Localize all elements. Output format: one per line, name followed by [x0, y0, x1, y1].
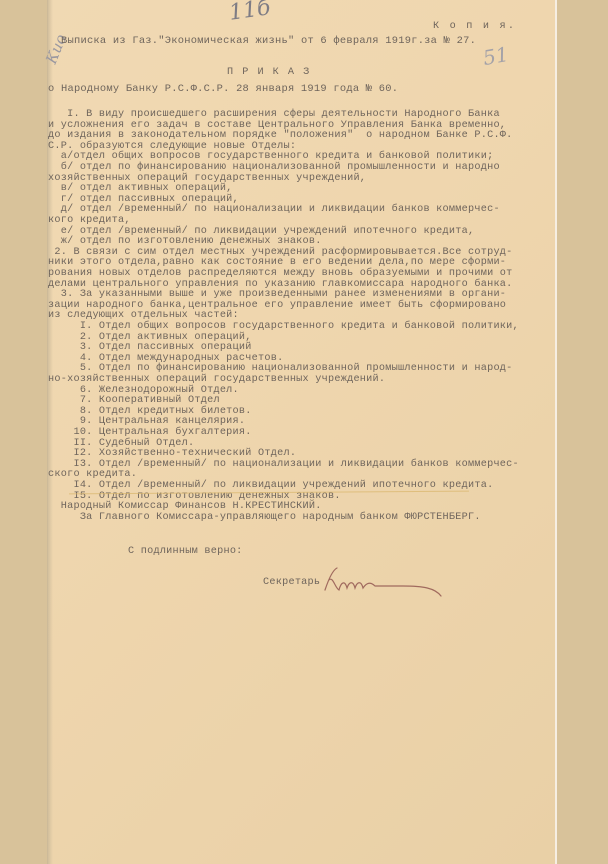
copy-label: К о п и я.	[433, 22, 516, 33]
body-line: 10. Центральная бухгалтерия.	[48, 428, 252, 439]
body-line: I. Отдел общих вопросов государственного…	[48, 322, 519, 333]
document-viewer: 11б Кио 51 К о п и я. Выписка из Газ."Эк…	[0, 0, 608, 864]
signature	[319, 564, 459, 600]
body-line: I. В виду происшедшего расширения сферы …	[48, 110, 500, 121]
folio-mark: 11б	[227, 0, 271, 26]
body-line: б/ отдел по финансированию национализова…	[48, 163, 500, 174]
document-subtitle: о Народному Банку Р.С.Ф.С.Р. 28 января 1…	[48, 84, 398, 95]
certification-text: С подлинным верно:	[128, 547, 243, 558]
body-line: кого кредита,	[48, 216, 131, 227]
number-right: 51	[481, 42, 510, 70]
signature-label: Секретарь	[263, 578, 320, 589]
body-line: но-хозяйственных операций государственны…	[48, 375, 385, 386]
source-line: Выписка из Газ."Экономическая жизнь" от …	[61, 36, 476, 47]
page-edge	[555, 0, 557, 864]
document-page: 11б Кио 51 К о п и я. Выписка из Газ."Эк…	[47, 0, 557, 864]
body-line: За Главного Комиссара-управляющего народ…	[48, 513, 481, 524]
document-title: П Р И К А З	[227, 68, 311, 79]
body-line: рования новых отделов распределяются меж…	[48, 269, 513, 280]
